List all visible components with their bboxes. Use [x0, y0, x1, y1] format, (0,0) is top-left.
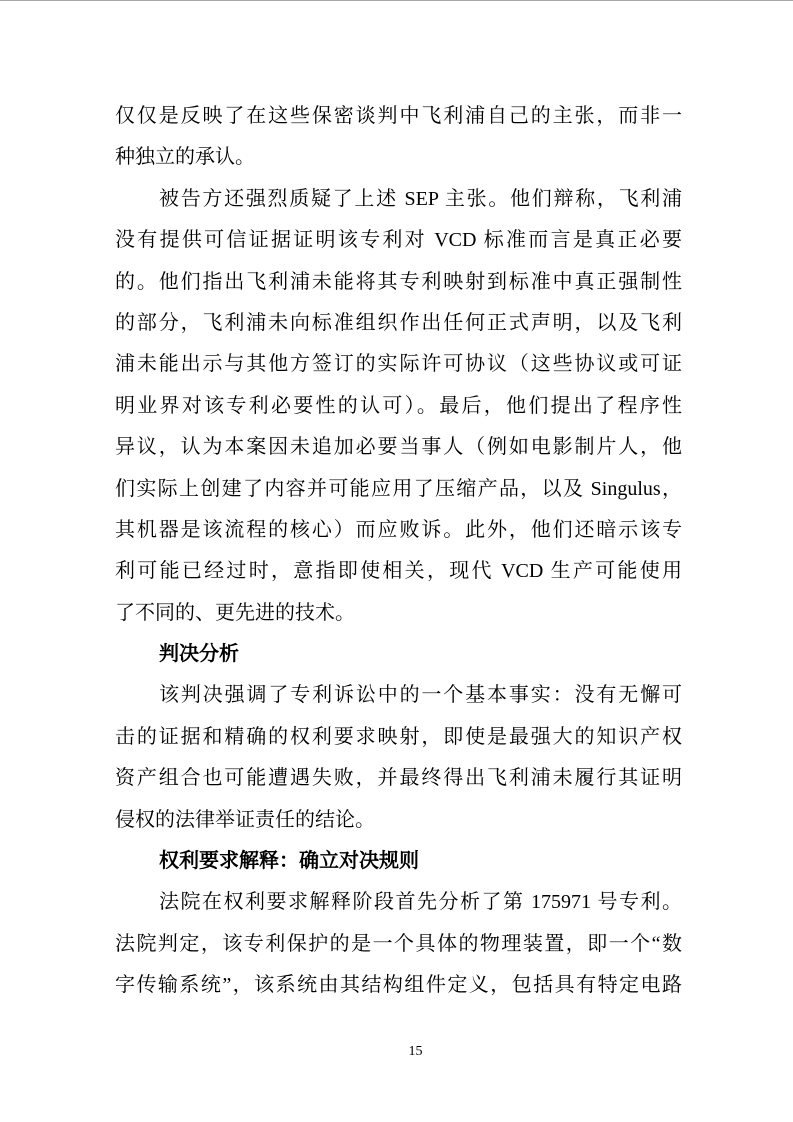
paragraph-line: 种独立的承认。 [115, 137, 682, 178]
paragraph-line: 的。他们指出飞利浦未能将其专利映射到标准中真正强制性 [115, 262, 682, 303]
paragraph-line: 击的证据和精确的权利要求映射，即使是最强大的知识产权 [115, 717, 682, 758]
page-body: 仅仅是反映了在这些保密谈判中飞利浦自己的主张，而非一 种独立的承认。 被告方还强… [115, 96, 682, 1007]
paragraph-line: 侵权的法律举证责任的结论。 [115, 800, 682, 841]
paragraph-line: 没有提供可信证据证明该专利对 VCD 标准而言是真正必要 [115, 220, 682, 261]
paragraph-line: 仅仅是反映了在这些保密谈判中飞利浦自己的主张，而非一 [115, 96, 682, 137]
paragraph-line: 被告方还强烈质疑了上述 SEP 主张。他们辩称，飞利浦 [115, 179, 682, 220]
paragraph-line: 明业界对该专利必要性的认可）。最后，他们提出了程序性 [115, 386, 682, 427]
paragraph-line: 们实际上创建了内容并可能应用了压缩产品，以及 Singulus， [115, 469, 682, 510]
paragraph-line: 法院判定，该专利保护的是一个具体的物理装置，即一个“数 [115, 924, 682, 965]
paragraph-line: 字传输系统”，该系统由其结构组件定义，包括具有特定电路 [115, 965, 682, 1006]
paragraph-line: 资产组合也可能遭遇失败，并最终得出飞利浦未履行其证明 [115, 758, 682, 799]
document-page: 仅仅是反映了在这些保密谈判中飞利浦自己的主张，而非一 种独立的承认。 被告方还强… [0, 0, 793, 1122]
paragraph-line: 法院在权利要求解释阶段首先分析了第 175971 号专利。 [115, 882, 682, 923]
paragraph-line: 利可能已经过时，意指即使相关，现代 VCD 生产可能使用 [115, 551, 682, 592]
paragraph-line: 了不同的、更先进的技术。 [115, 593, 682, 634]
section-heading-claim-construction: 权利要求解释：确立对决规则 [115, 841, 682, 882]
paragraph-line: 的部分，飞利浦未向标准组织作出任何正式声明，以及飞利 [115, 303, 682, 344]
paragraph-line: 其机器是该流程的核心）而应败诉。此外，他们还暗示该专 [115, 510, 682, 551]
paragraph-line: 该判决强调了专利诉讼中的一个基本事实：没有无懈可 [115, 675, 682, 716]
page-number: 15 [0, 1042, 793, 1062]
paragraph-line: 浦未能出示与其他方签订的实际许可协议（这些协议或可证 [115, 344, 682, 385]
paragraph-line: 异议，认为本案因未追加必要当事人（例如电影制片人，他 [115, 427, 682, 468]
section-heading-judgment-analysis: 判决分析 [115, 634, 682, 675]
